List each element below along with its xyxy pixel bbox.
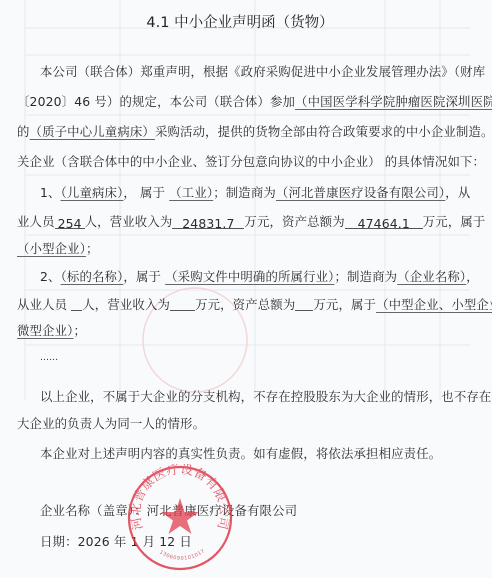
item2-end: ；: [74, 323, 87, 338]
svg-text:1306090101017: 1306090101017: [158, 548, 206, 562]
star-icon: [161, 498, 199, 534]
item2-staff-label: 从业人员: [17, 297, 71, 312]
company-seal-stamp: 河北普康医疗设备有限公司 1306090101017: [126, 464, 234, 572]
item1-assets-unit: 万元，属于: [423, 214, 486, 229]
stamp-code: 1306090101017: [158, 548, 206, 562]
procurement-text: 采购活动，提供的货物全部由符合政策要求的中小企业制造。相: [155, 124, 492, 139]
item2-revenue-unit: 万元，资产总额为: [195, 297, 295, 312]
item1-number: 1、: [40, 185, 61, 200]
page-title: 4.1 中小企业声明函（货物）: [0, 11, 480, 32]
item1-staff: 254: [55, 216, 85, 229]
item2-name: （标的名称）: [61, 269, 124, 284]
declaration-line-3: 的（质子中心儿童病床）采购活动，提供的货物全部由符合政策要求的中小企业制造。相: [17, 122, 492, 140]
item2-belongs: ，属于: [123, 269, 165, 284]
item2-size-b: 微型企业）: [17, 323, 74, 338]
item1-revenue: 24831.7: [172, 216, 244, 229]
procurement-item: （质子中心儿童病床）: [30, 124, 155, 139]
item2-line-3: 微型企业）；: [17, 321, 86, 339]
item2-line-1: 2、（标的名称），属于 （采购文件中明确的所属行业）；制造商为（企业名称），: [40, 267, 479, 285]
declaration-line-2: 〔2020〕46 号）的规定，本公司（联合体）参加（中国医学科学院肿瘤医院深圳医…: [17, 92, 492, 110]
item2-industry: （采购文件中明确的所属行业）: [165, 269, 334, 284]
item2-revenue-blank: [170, 298, 195, 311]
item2-maker: （企业名称）: [397, 269, 466, 284]
item1-staff-label: 业人员: [17, 214, 55, 229]
item2-size-a: （中型企业、小型企业、: [376, 297, 492, 312]
item1-maker: （河北普康医疗设备有限公司）: [276, 185, 445, 200]
item1-line-2: 业人员254人，营业收入为24831.7万元，资产总额为47464.1万元，属于: [17, 212, 485, 230]
item1-size: （小型企业）: [17, 241, 86, 256]
background-bleed-through: [0, 0, 492, 578]
item2-number: 2、: [40, 269, 61, 284]
text-de: 的: [17, 124, 30, 139]
item2-line-2: 从业人员 人，营业收入为万元，资产总额为万元，属于（中型企业、小型企业、: [17, 295, 492, 313]
responsibility-statement: 本企业对上述声明内容的真实性负责。如有虚假，将依法承担相应责任。: [40, 444, 441, 462]
item1-revenue-unit: 万元，资产总额为: [244, 214, 344, 229]
item2-maker-label: ；制造商为: [335, 269, 398, 284]
item1-tail: ，从: [445, 185, 470, 200]
project-name: （中国医学科学院肿瘤医院深圳医院）: [295, 94, 492, 109]
declaration-line-4: 关企业（含联合体中的中小企业、签订分包意向协议的中小企业） 的具体情况如下：: [17, 152, 485, 170]
item2-staff-blank: [71, 298, 82, 311]
non-large-line-1: 以上企业，不属于大企业的分支机构，不存在控股股东为大企业的情形，也不存在与: [40, 387, 492, 405]
regulation-text: 〔2020〕46 号）的规定，本公司（联合体）参加: [17, 94, 295, 109]
item1-assets: 47464.1: [345, 216, 423, 229]
item1-line-3: （小型企业）；: [17, 239, 99, 257]
item1-maker-label: ；制造商为: [213, 185, 276, 200]
ellipsis: ……: [40, 353, 58, 363]
item1-end: ；: [86, 241, 99, 256]
item2-assets-unit: 万元，属于: [313, 297, 376, 312]
non-large-line-2: 大企业的负责人为同一人的情形。: [17, 414, 205, 432]
item1-line-1: 1、（儿童病床）， 属于 （工业）；制造商为（河北普康医疗设备有限公司），从: [40, 183, 470, 201]
item2-assets-blank: [295, 298, 313, 311]
item2-tail: ，: [466, 269, 479, 284]
item1-belongs: ， 属于: [123, 185, 169, 200]
item2-staff-unit: 人，营业收入为: [82, 297, 170, 312]
item1-staff-unit: 人，营业收入为: [85, 214, 173, 229]
declaration-line-1: 本公司（联合体）郑重声明，根据《政府采购促进中小企业发展管理办法》（财库: [40, 62, 485, 80]
item1-name: （儿童病床）: [61, 185, 124, 200]
date-label: 日期：: [40, 534, 78, 549]
item1-industry: （工业）: [169, 185, 213, 200]
